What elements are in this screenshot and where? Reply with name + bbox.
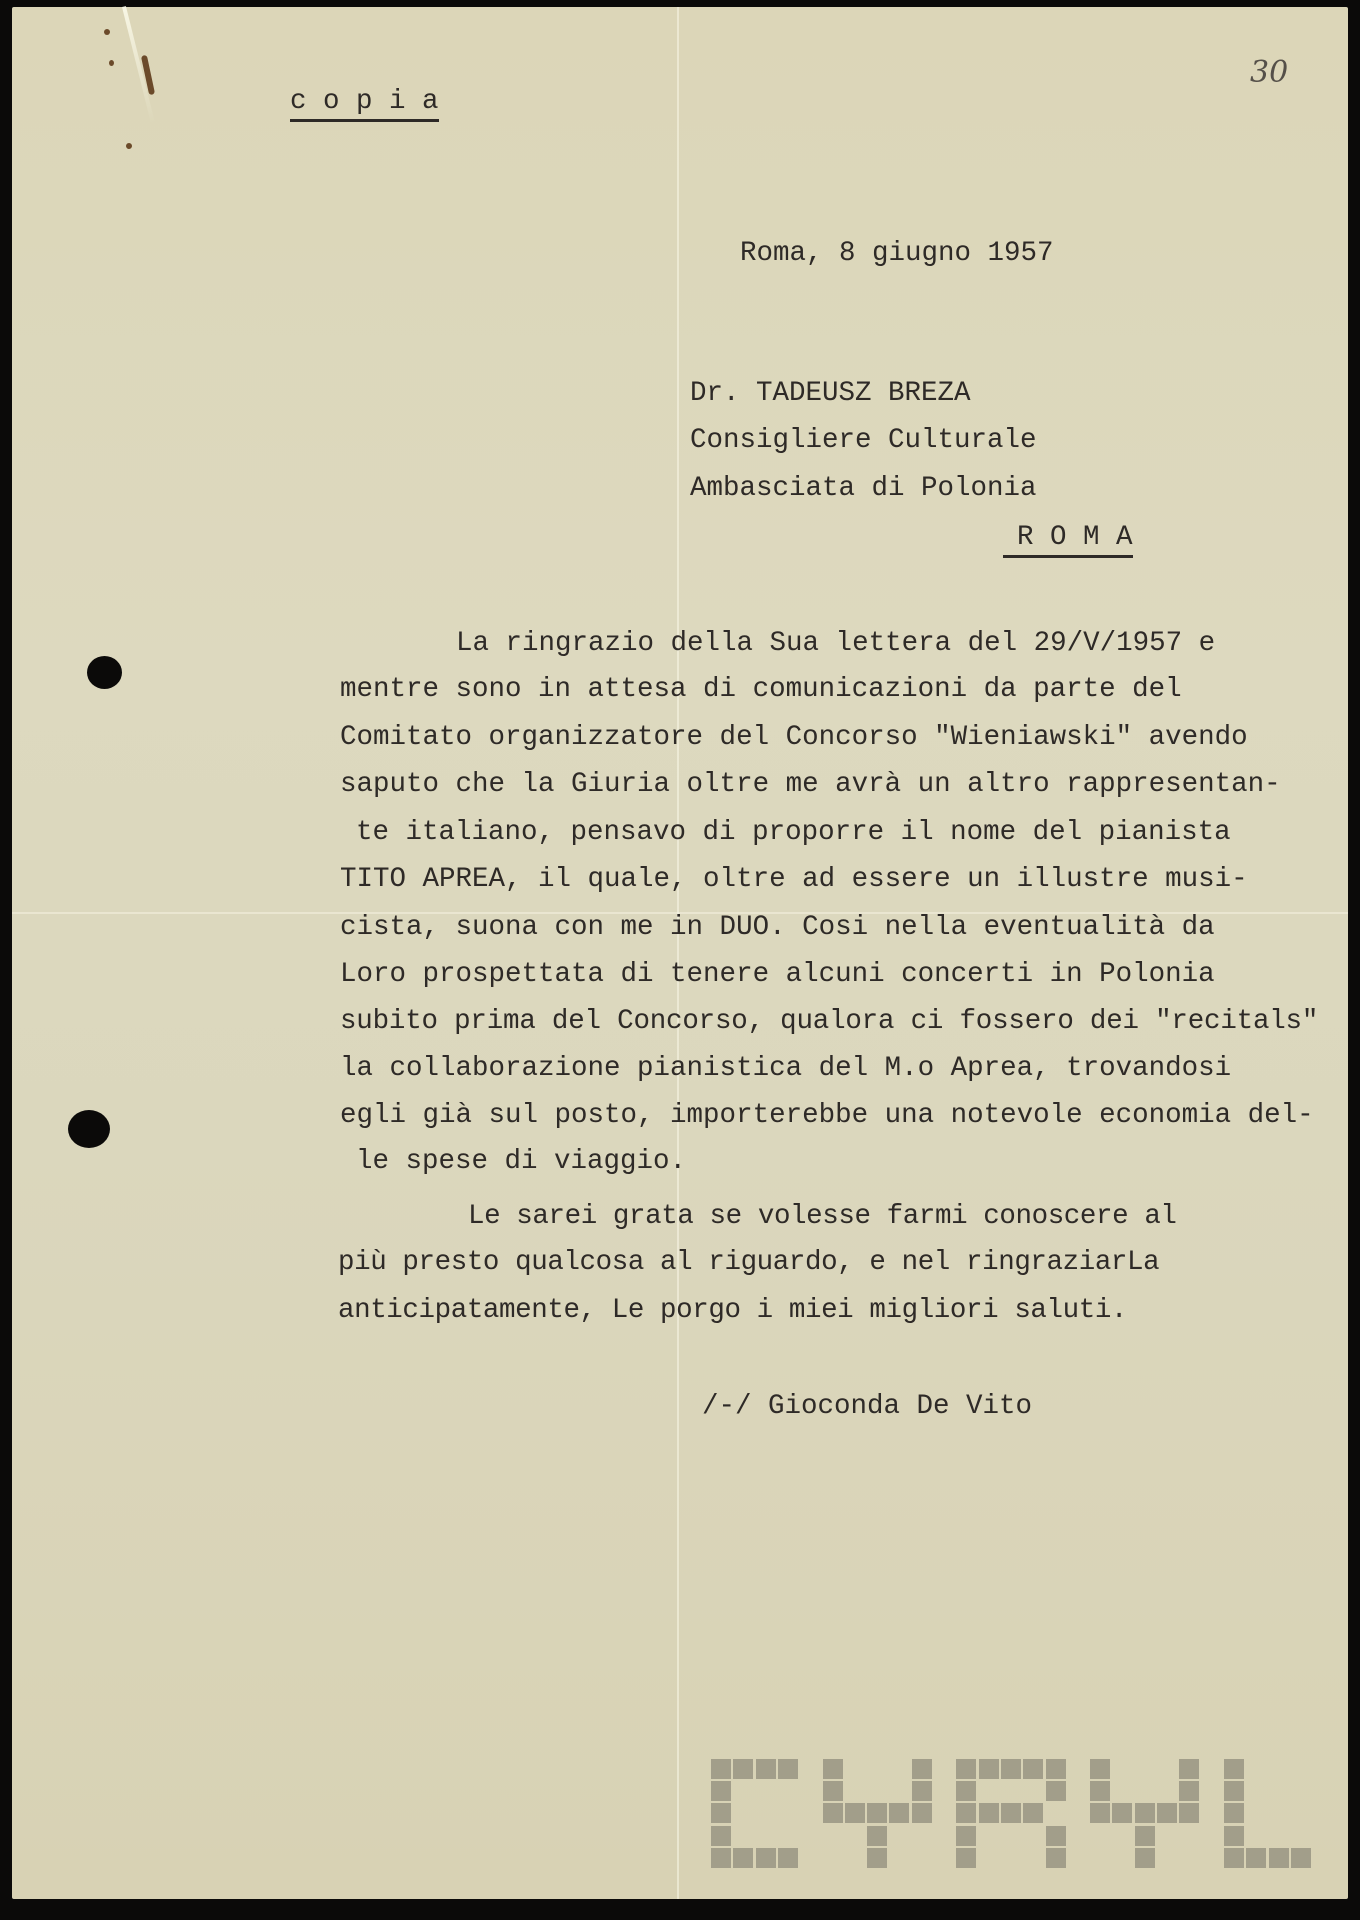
punch-hole — [68, 1110, 110, 1148]
watermark-block — [823, 1759, 843, 1779]
watermark-block — [956, 1848, 976, 1868]
body-line: più presto qualcosa al riguardo, e nel r… — [338, 1247, 1159, 1279]
body-line: Comitato organizzatore del Concorso "Wie… — [340, 722, 1248, 754]
letter-page — [12, 7, 1348, 1899]
body-line: te italiano, pensavo di proporre il nome… — [356, 817, 1231, 849]
body-line: le spese di viaggio. — [356, 1146, 686, 1178]
watermark-block — [1023, 1759, 1043, 1779]
watermark-block — [1001, 1759, 1021, 1779]
watermark-block — [1224, 1848, 1244, 1868]
watermark-block — [823, 1803, 843, 1823]
watermark-block — [1179, 1759, 1199, 1779]
watermark-block — [1135, 1826, 1155, 1846]
watermark-block — [1135, 1848, 1155, 1868]
watermark-block — [1157, 1803, 1177, 1823]
watermark-block — [1046, 1759, 1066, 1779]
watermark-block — [711, 1781, 731, 1801]
watermark-block — [756, 1848, 776, 1868]
watermark-block — [1179, 1803, 1199, 1823]
copy-label: c o p i a — [290, 86, 439, 122]
watermark-block — [1090, 1759, 1110, 1779]
body-line: cista, suona con me in DUO. Cosi nella e… — [340, 912, 1215, 944]
watermark-block — [733, 1759, 753, 1779]
rust-stain — [109, 60, 114, 66]
watermark-block — [912, 1781, 932, 1801]
watermark-block — [1246, 1848, 1266, 1868]
watermark-block — [1112, 1803, 1132, 1823]
watermark-block — [912, 1803, 932, 1823]
watermark-block — [1090, 1781, 1110, 1801]
watermark-block — [1046, 1848, 1066, 1868]
watermark-block — [756, 1759, 776, 1779]
body-line: Le sarei grata se volesse farmi conoscer… — [468, 1201, 1177, 1233]
watermark-block — [979, 1803, 999, 1823]
watermark-block — [711, 1848, 731, 1868]
body-line: anticipatamente, Le porgo i miei miglior… — [338, 1295, 1127, 1327]
watermark-block — [1224, 1781, 1244, 1801]
watermark-block — [1269, 1848, 1289, 1868]
addressee-institution: Ambasciata di Polonia — [690, 473, 1037, 505]
watermark-block — [1135, 1803, 1155, 1823]
watermark-block — [1224, 1759, 1244, 1779]
watermark-block — [1046, 1781, 1066, 1801]
watermark-block — [867, 1803, 887, 1823]
watermark-block — [956, 1826, 976, 1846]
watermark-block — [1224, 1803, 1244, 1823]
watermark-block — [1224, 1826, 1244, 1846]
rust-stain — [126, 143, 132, 149]
watermark-block — [956, 1759, 976, 1779]
body-line: saputo che la Giuria oltre me avrà un al… — [340, 769, 1281, 801]
watermark-block — [1291, 1848, 1311, 1868]
watermark-block — [1179, 1781, 1199, 1801]
addressee-name: Dr. TADEUSZ BREZA — [690, 378, 971, 410]
watermark-block — [867, 1848, 887, 1868]
watermark-block — [1001, 1803, 1021, 1823]
watermark-block — [867, 1826, 887, 1846]
watermark-block — [956, 1803, 976, 1823]
watermark-block — [845, 1803, 865, 1823]
addressee-title: Consigliere Culturale — [690, 425, 1037, 457]
body-line: la collaborazione pianistica del M.o Apr… — [340, 1053, 1231, 1085]
body-line: La ringrazio della Sua lettera del 29/V/… — [456, 628, 1215, 660]
watermark-block — [912, 1759, 932, 1779]
watermark-block — [711, 1826, 731, 1846]
watermark-block — [979, 1759, 999, 1779]
watermark-block — [778, 1759, 798, 1779]
watermark-block — [711, 1803, 731, 1823]
watermark-block — [956, 1781, 976, 1801]
body-line: TITO APREA, il quale, oltre ad essere un… — [340, 864, 1248, 896]
signature: /-/ Gioconda De Vito — [702, 1391, 1032, 1423]
watermark-block — [1046, 1826, 1066, 1846]
body-line: mentre sono in attesa di comunicazioni d… — [340, 674, 1182, 706]
vertical-fold-line — [677, 7, 679, 1899]
body-line: Loro prospettata di tenere alcuni concer… — [340, 959, 1215, 991]
watermark-block — [1090, 1803, 1110, 1823]
rust-stain — [104, 29, 110, 35]
addressee-city: R O M A — [1003, 522, 1133, 558]
watermark-block — [1023, 1803, 1043, 1823]
watermark-block — [889, 1803, 909, 1823]
date-line: Roma, 8 giugno 1957 — [740, 238, 1054, 270]
watermark-block — [711, 1759, 731, 1779]
punch-hole — [87, 656, 122, 689]
corner-crease — [122, 6, 155, 123]
body-line: subito prima del Concorso, qualora ci fo… — [340, 1006, 1318, 1038]
watermark-block — [778, 1848, 798, 1868]
watermark-block — [823, 1781, 843, 1801]
watermark-block — [733, 1848, 753, 1868]
folio-number: 30 — [1250, 55, 1288, 90]
body-line: egli già sul posto, importerebbe una not… — [340, 1100, 1314, 1132]
